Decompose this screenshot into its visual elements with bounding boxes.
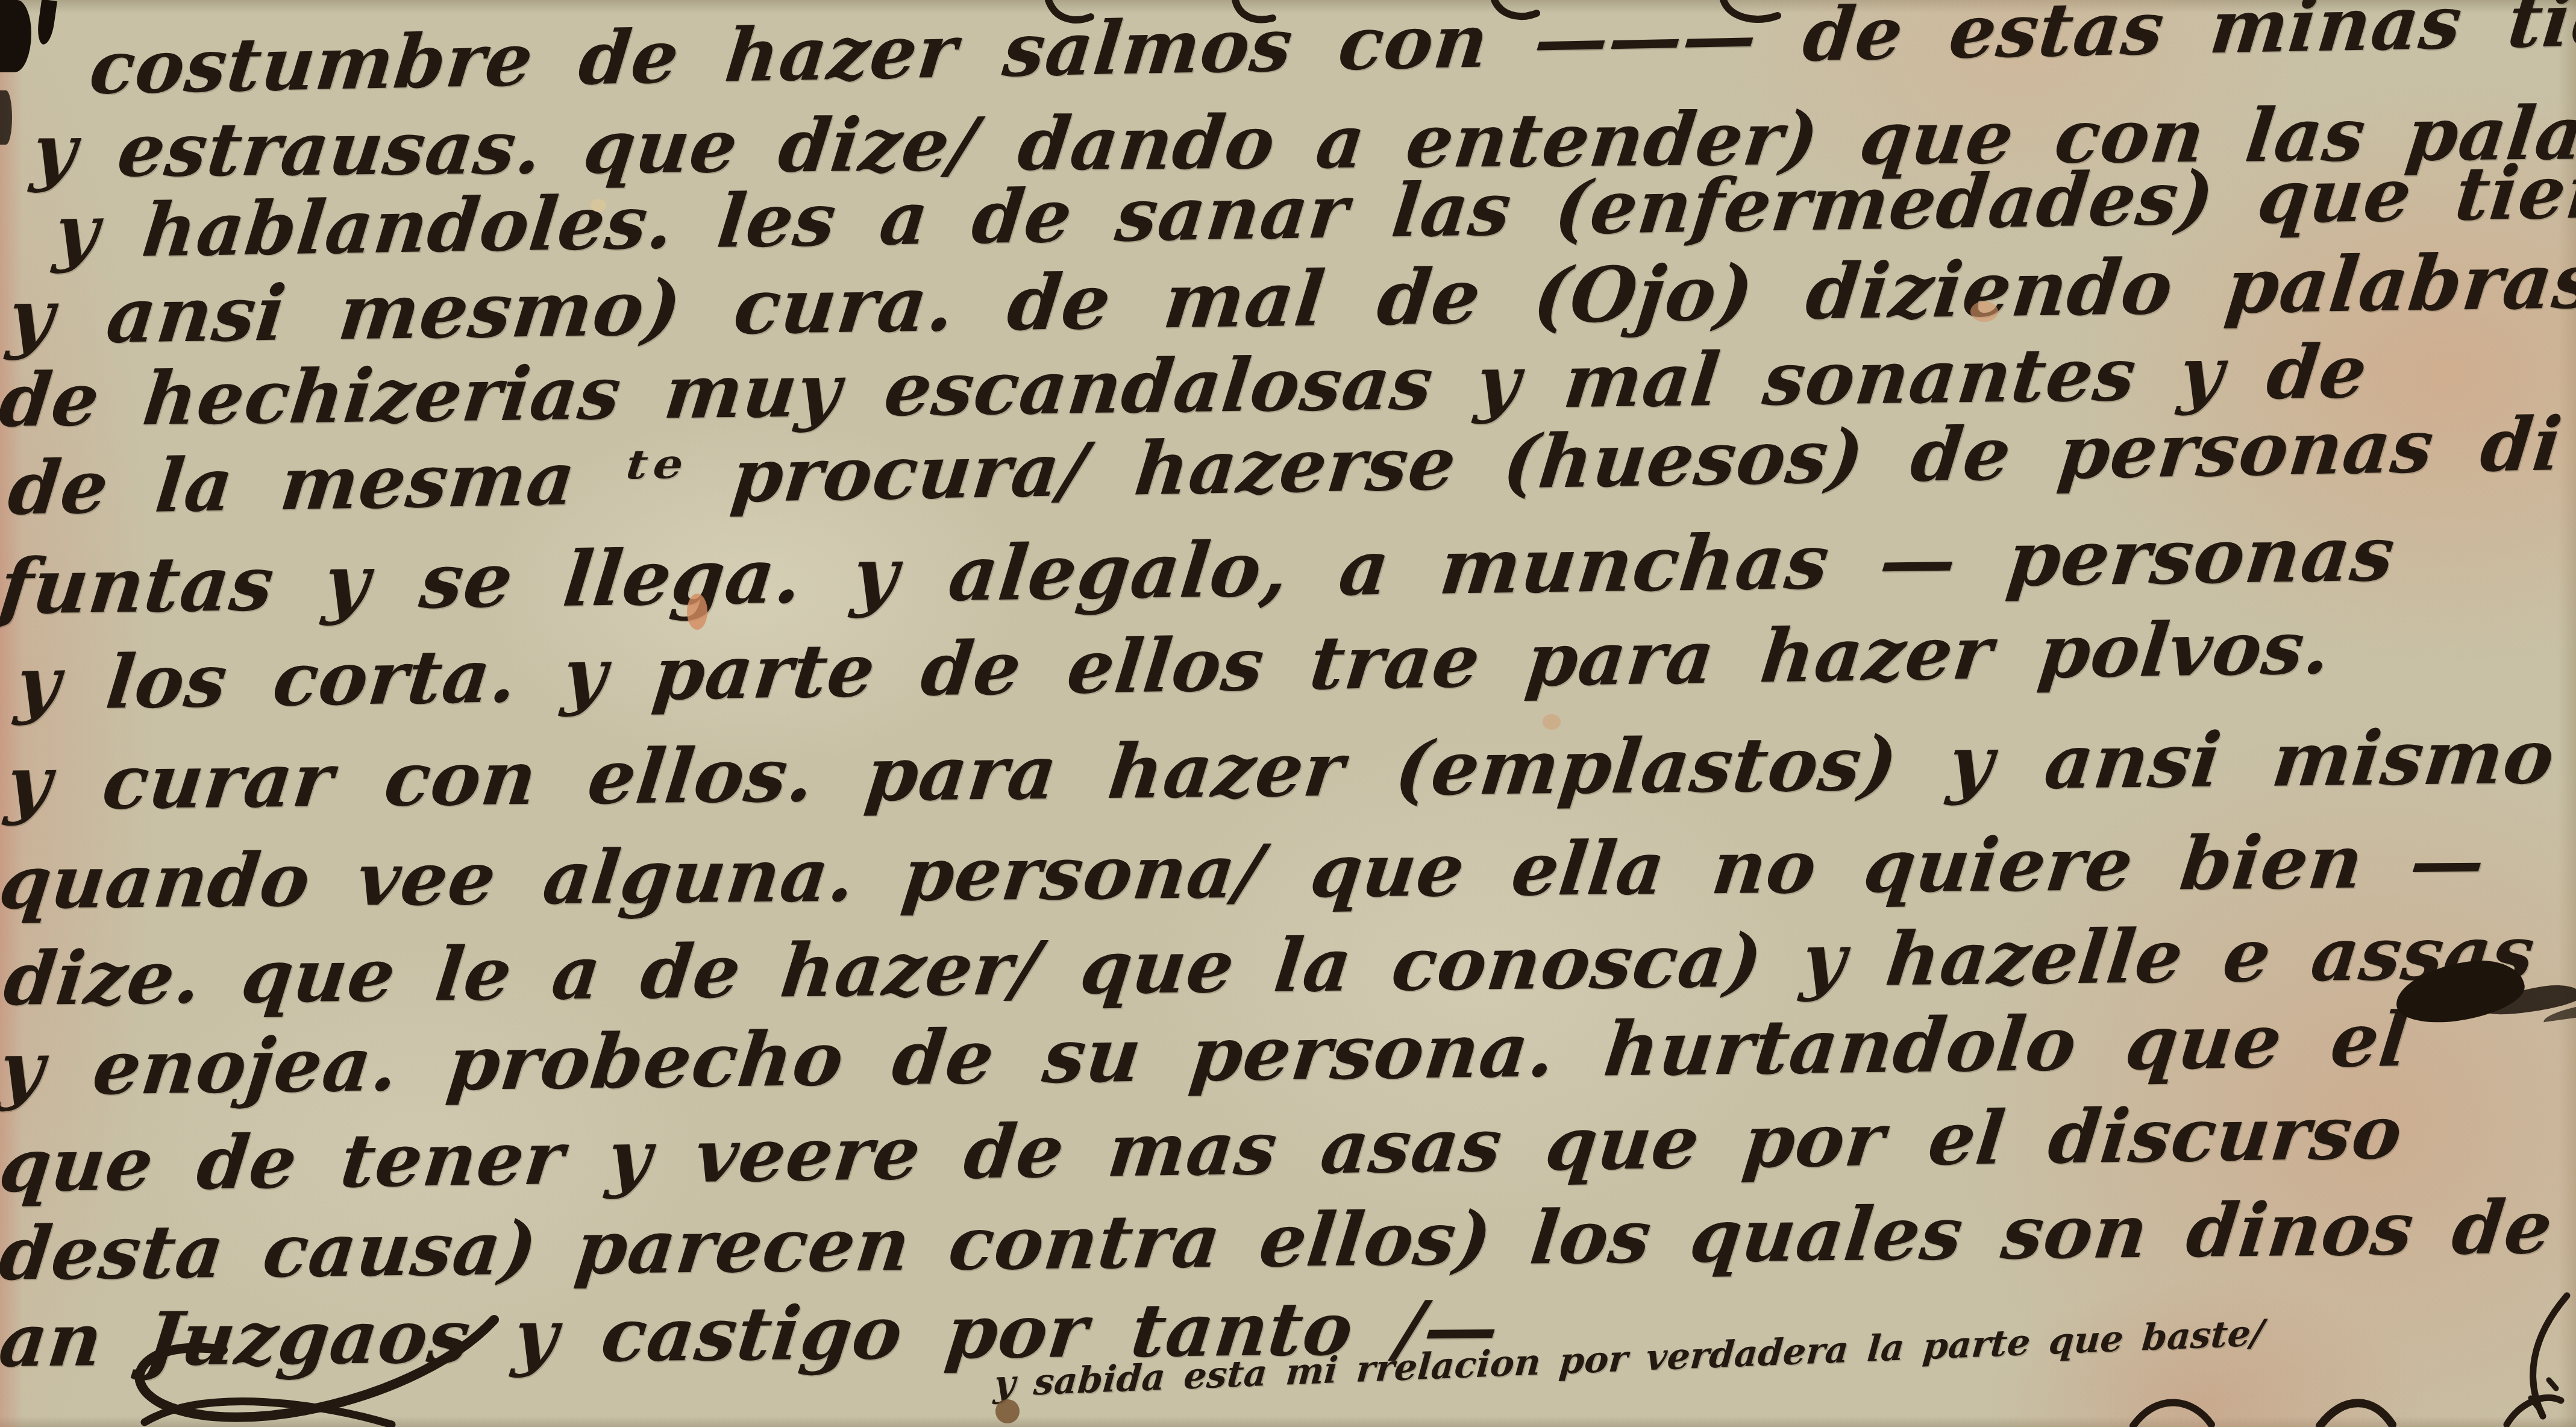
manuscript-line-9: y curar con ellos. para hazer (emplastos… — [7, 713, 2554, 827]
corner-ink-mark — [0, 0, 31, 72]
manuscript-page: costumbre de hazer salmos con ——— de est… — [0, 0, 2576, 1427]
manuscript-line-10: quando vee alguna. persona/ que ella no … — [0, 817, 2485, 926]
pen-flourish-right-edge — [2458, 1290, 2576, 1422]
paper-stain — [591, 199, 606, 212]
paper-stain — [995, 1399, 1020, 1423]
corner-ink-mark — [0, 90, 12, 145]
paper-stain — [1543, 714, 1561, 730]
paper-stain — [687, 594, 707, 630]
corner-ink-mark — [36, 0, 57, 45]
pen-stroke-fragments-top — [1036, 0, 1820, 31]
pen-flourish-bottom-left — [108, 1314, 542, 1427]
paper-stain — [1970, 301, 1998, 322]
